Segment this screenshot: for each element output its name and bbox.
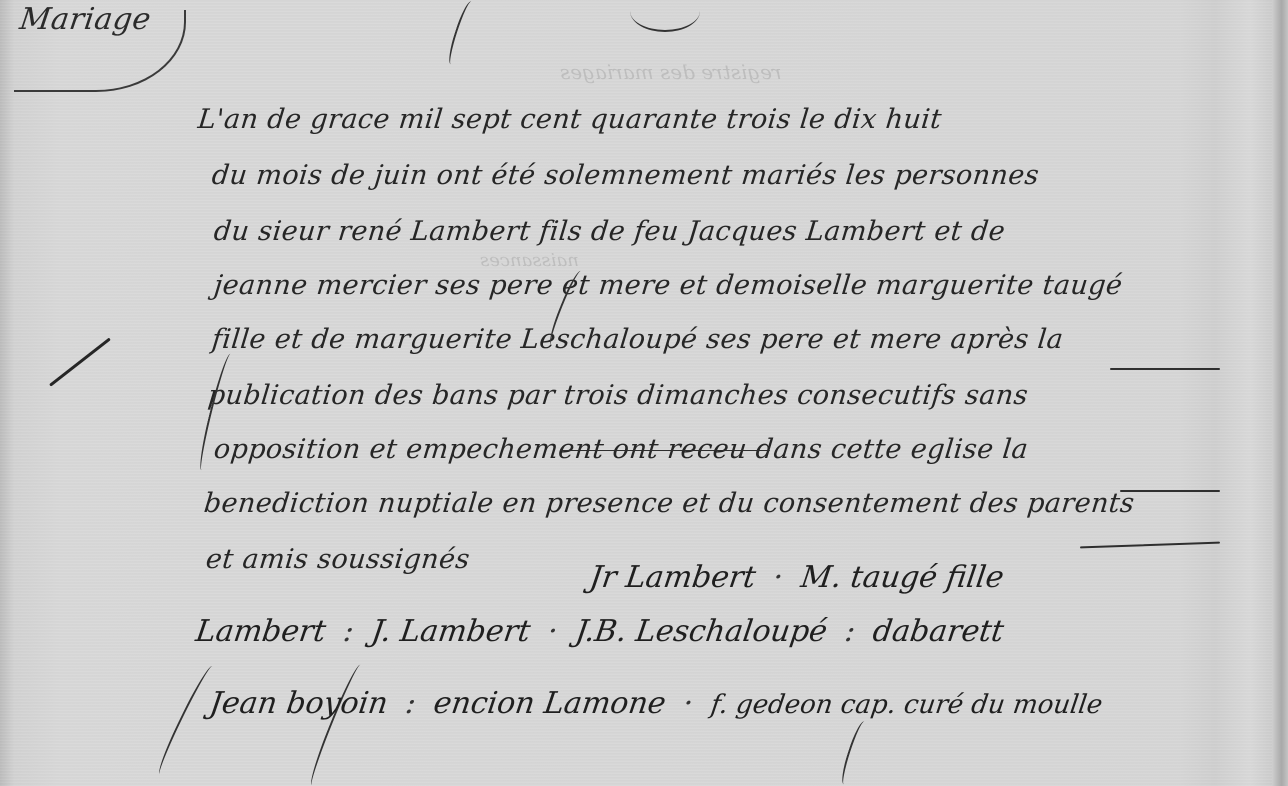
signature-witness: Lambert (194, 614, 329, 649)
descender-stroke (306, 662, 366, 786)
page-edge-fold (1272, 0, 1288, 786)
descender-stroke (838, 720, 870, 786)
entry-mark (49, 338, 111, 387)
separator: : (843, 614, 858, 649)
body-line-4: jeanne mercier ses pere et mere et demoi… (212, 270, 1124, 301)
body-line-5: fille et de marguerite Leschaloupé ses p… (210, 324, 1065, 355)
signature-row-1: Jr Lambert·M. taugé fille (588, 560, 1006, 595)
signature-witness: J.B. Leschaloupé (573, 614, 829, 649)
signature-witness: dabarett (871, 614, 1006, 649)
signature-priest: f. gedeon cap. curé du moulle (709, 690, 1105, 720)
separator: · (546, 614, 560, 649)
signature-groom: Jr Lambert (588, 560, 758, 595)
descender-stroke (445, 0, 477, 66)
margin-title: Mariage (18, 2, 154, 37)
line-filler-stroke (560, 450, 770, 451)
line-filler-stroke (1120, 490, 1220, 492)
body-line-6: publication des bans par trois dimanches… (206, 380, 1029, 411)
signature-row-2: Lambert:J. Lambert·J.B. Leschaloupé:daba… (194, 614, 1006, 649)
document-page: registre des mariages naissances Mariage… (0, 0, 1288, 786)
separator: : (403, 686, 418, 721)
signature-bride: M. taugé fille (799, 560, 1006, 595)
body-line-9: et amis soussignés (204, 544, 471, 575)
separator: · (681, 686, 695, 721)
signature-row-3: Jean boyoin:encion Lamone·f. gedeon cap.… (208, 686, 1105, 721)
separator: : (341, 614, 356, 649)
bleed-through-text: naissances (480, 250, 579, 271)
signature-witness: Jean boyoin (208, 686, 391, 721)
body-line-8: benediction nuptiale en presence et du c… (202, 488, 1136, 519)
line-filler-stroke (1110, 368, 1220, 370)
signature-witness: J. Lambert (369, 614, 532, 649)
body-line-3: du sieur rené Lambert fils de feu Jacque… (212, 216, 1006, 247)
separator: · (771, 560, 785, 595)
flourish-stroke (630, 0, 700, 32)
signature-witness: encion Lamone (431, 686, 668, 721)
body-line-2: du mois de juin ont été solemnement mari… (210, 160, 1040, 191)
body-line-1: L'an de grace mil sept cent quarante tro… (196, 104, 943, 135)
line-filler-stroke (1080, 542, 1220, 549)
bleed-through-text: registre des mariages (560, 60, 782, 84)
